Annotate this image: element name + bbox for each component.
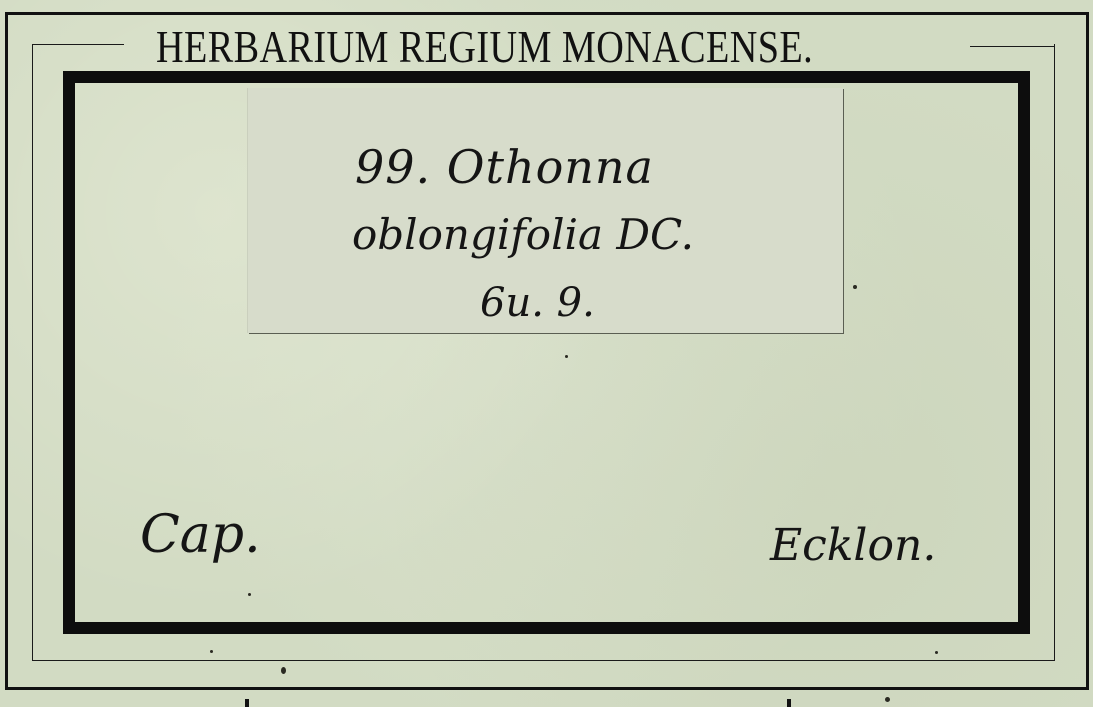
cut-off-text-mark bbox=[787, 699, 791, 707]
herbarium-title: HERBARIUM REGIUM MONACENSE. bbox=[156, 24, 812, 70]
ink-speck bbox=[935, 651, 938, 654]
slip-reference-number: 6u. 9. bbox=[480, 280, 595, 326]
cut-off-text-mark bbox=[245, 699, 249, 707]
ink-speck bbox=[281, 667, 286, 674]
collector-name: Ecklon. bbox=[770, 520, 936, 571]
ink-speck bbox=[853, 285, 857, 289]
ink-speck bbox=[248, 593, 251, 596]
ink-speck bbox=[210, 650, 213, 653]
middle-frame-top-right-segment bbox=[970, 46, 1054, 47]
locality-text: Cap. bbox=[140, 505, 261, 565]
ink-speck bbox=[885, 697, 890, 702]
slip-species-number-genus: 99. Othonna bbox=[355, 140, 654, 194]
ink-speck bbox=[565, 355, 568, 358]
middle-frame-top-left-segment bbox=[32, 44, 124, 45]
slip-species-epithet-author: oblongifolia DC. bbox=[352, 210, 694, 259]
